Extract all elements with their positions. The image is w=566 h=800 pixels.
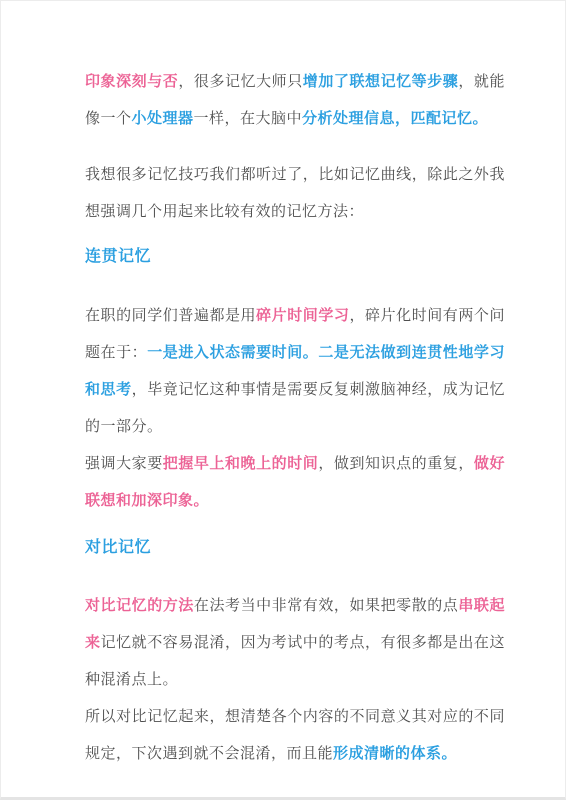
heading-coherent-memory: 连贯记忆 [85,238,505,275]
text-run: 我想很多记忆技巧我们都听过了，比如记忆曲线，除此之外我想强调几个用起来比较有效的… [85,166,505,220]
text-run: 记忆就不容易混淆，因为考试中的考点，有很多都是出在这种混淆点上。 [85,634,505,688]
highlight-run-pink: 把握早上和晚上的时间 [163,455,319,472]
text-run: 在职的同学们普遍都是用 [85,307,256,324]
highlight-run-pink: 碎片时间学习 [256,307,349,324]
paragraph-intro-methods: 我想很多记忆技巧我们都听过了，比如记忆曲线，除此之外我想强调几个用起来比较有效的… [85,156,505,230]
highlight-run-blue: 小处理器 [132,110,194,127]
highlight-run-blue: 形成清晰的体系。 [333,745,457,762]
document-page: 印象深刻与否，很多记忆大师只增加了联想记忆等步骤，就能像一个小处理器一样，在大脑… [0,0,566,800]
text-run: 一样，在大脑中 [194,110,303,127]
text-run: 在法考当中非常有效，如果把零散的点 [194,597,458,614]
heading-contrast-memory: 对比记忆 [85,529,505,566]
paragraph-contrast-method: 对比记忆的方法在法考当中非常有效，如果把零散的点串联起来记忆就不容易混淆，因为考… [85,587,505,698]
paragraph-clear-system: 所以对比记忆起来，想清楚各个内容的不同意义其对应的不同规定，下次遇到就不会混淆，… [85,698,505,772]
highlight-run-blue: 增加了联想记忆等步骤 [303,73,459,90]
text-run: ，做到知识点的重复， [318,455,474,472]
text-run: 强调大家要 [85,455,163,472]
highlight-run-pink: 对比记忆的方法 [85,597,194,614]
paragraph-morning-evening: 强调大家要把握早上和晚上的时间，做到知识点的重复，做好联想和加深印象。 [85,445,505,519]
highlight-run-pink: 印象深刻与否 [85,73,178,90]
text-run: ，很多记忆大师只 [178,73,302,90]
text-run: ，毕竟记忆这种事情是需要反复刺激脑神经，成为记忆的一部分。 [85,381,505,435]
paragraph-memory-masters: 印象深刻与否，很多记忆大师只增加了联想记忆等步骤，就能像一个小处理器一样，在大脑… [85,63,505,137]
paragraph-fragmented-time: 在职的同学们普遍都是用碎片时间学习，碎片化时间有两个问题在于：一是进入状态需要时… [85,297,505,445]
article-content: 印象深刻与否，很多记忆大师只增加了联想记忆等步骤，就能像一个小处理器一样，在大脑… [1,1,565,772]
highlight-run-blue: 分析处理信息，匹配记忆。 [302,110,488,127]
